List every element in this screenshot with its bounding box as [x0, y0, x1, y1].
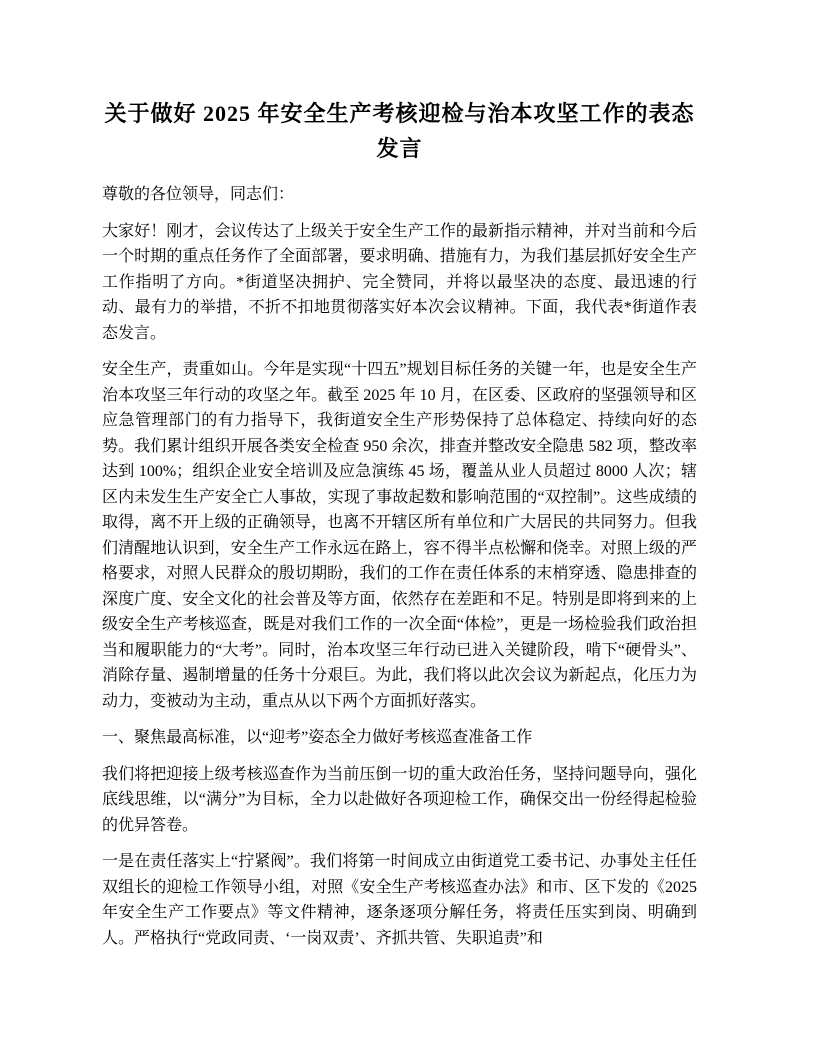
paragraph-section1-intro: 我们将把迎接上级考核巡查作为当前压倒一切的重大政治任务，坚持问题导向，强化底线思…: [102, 762, 697, 839]
document-content: 关于做好 2025 年安全生产考核迎检与治本攻坚工作的表态发言 尊敬的各位领导，…: [102, 96, 697, 962]
salutation: 尊敬的各位领导，同志们：: [102, 182, 697, 208]
paragraph-measure-1: 一是在责任落实上“拧紧阀”。我们将第一时间成立由街道党工委书记、办事处主任任双组…: [102, 849, 697, 951]
paragraph-work-review: 安全生产，责重如山。今年是实现“十四五”规划目标任务的关键一年，也是安全生产治本…: [102, 357, 697, 714]
section-1-heading: 一、聚焦最高标准，以“迎考”姿态全力做好考核巡查准备工作: [102, 725, 697, 751]
document-page: 关于做好 2025 年安全生产考核迎检与治本攻坚工作的表态发言 尊敬的各位领导，…: [0, 0, 816, 1056]
document-title: 关于做好 2025 年安全生产考核迎检与治本攻坚工作的表态发言: [102, 96, 697, 166]
paragraph-opening-remarks: 大家好！刚才，会议传达了上级关于安全生产工作的最新指示精神，并对当前和今后一个时…: [102, 219, 697, 347]
